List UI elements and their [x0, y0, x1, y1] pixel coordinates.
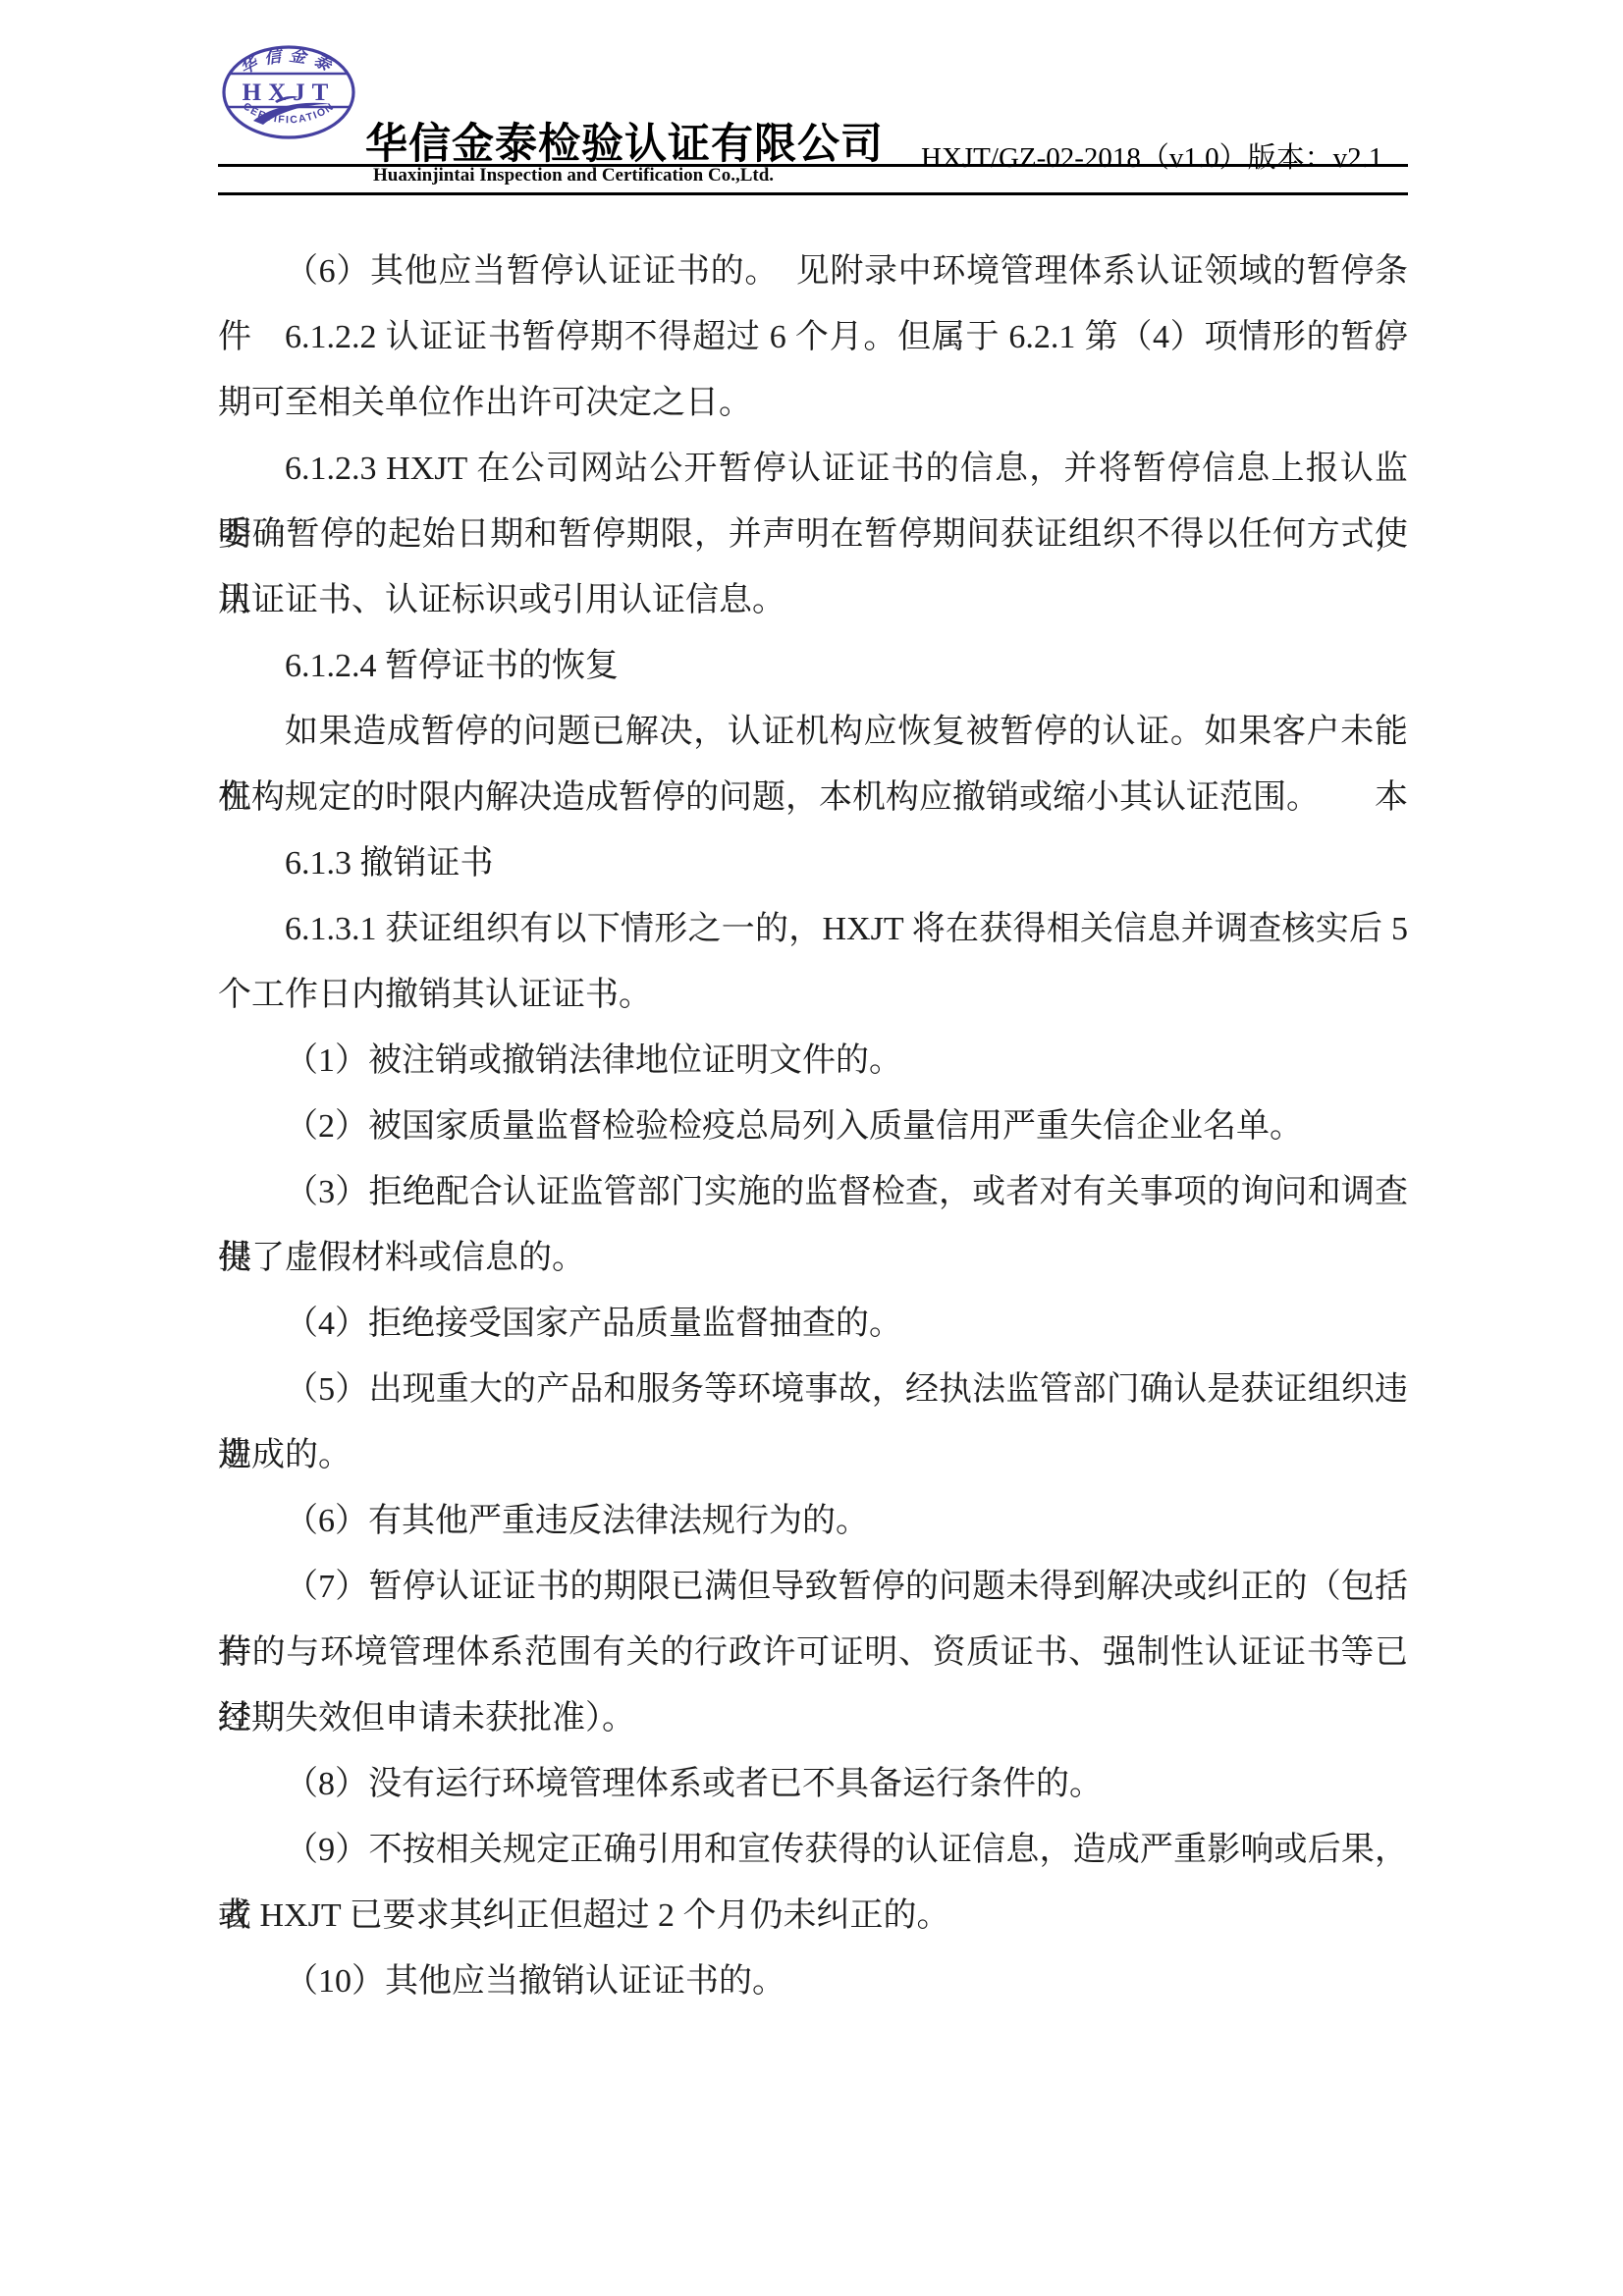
company-logo: 华信金泰 HXJT CERTIFICATION: [220, 43, 357, 141]
document-line: （6）有其他严重违反法律法规行为的。: [218, 1488, 1408, 1554]
company-name-cn: 华信金泰检验认证有限公司: [365, 111, 884, 171]
document-line: （6）其他应当暂停认证证书的。 见附录中环境管理体系认证领域的暂停条件。: [218, 239, 1408, 304]
document-line: 认证证书、认证标识或引用认证信息。: [218, 567, 1408, 633]
document-line: 期可至相关单位作出许可决定之日。: [218, 370, 1408, 436]
document-line: 过期失效但申请未获批准）。: [218, 1685, 1408, 1751]
document-line: 个工作日内撤销其认证证书。: [218, 962, 1408, 1028]
document-line: 明确暂停的起始日期和暂停期限，并声明在暂停期间获证组织不得以任何方式使用: [218, 502, 1408, 567]
document-line: （2）被国家质量监督检验检疫总局列入质量信用严重失信企业名单。: [218, 1094, 1408, 1159]
document-line: （1）被注销或撤销法律地位证明文件的。: [218, 1028, 1408, 1094]
doc-number: HXJT/GZ-02-2018（v1.0）版本：v2.1: [921, 135, 1382, 176]
document-line: 有的与环境管理体系范围有关的行政许可证明、资质证书、强制性认证证书等已经: [218, 1620, 1408, 1685]
document-line: 供了虚假材料或信息的。: [218, 1225, 1408, 1291]
document-line: （4）拒绝接受国家产品质量监督抽查的。: [218, 1291, 1408, 1357]
document-line: 6.1.2.3 HXJT 在公司网站公开暂停认证证书的信息，并将暂停信息上报认监…: [218, 436, 1408, 502]
header-rule-bottom: [218, 192, 1408, 195]
logo-hxjt-text: HXJT: [243, 80, 336, 106]
document-line: （10）其他应当撤销认证证书的。: [218, 1949, 1408, 2014]
document-line: 造成的。: [218, 1422, 1408, 1488]
document-line: （5）出现重大的产品和服务等环境事故，经执法监管部门确认是获证组织违规: [218, 1357, 1408, 1422]
document-line: 6.1.3 撤销证书: [218, 830, 1408, 896]
document-line: 者 HXJT 已要求其纠正但超过 2 个月仍未纠正的。: [218, 1883, 1408, 1949]
document-line: （8）没有运行环境管理体系或者已不具备运行条件的。: [218, 1751, 1408, 1817]
document-line: （7）暂停认证证书的期限已满但导致暂停的问题未得到解决或纠正的（包括持: [218, 1554, 1408, 1620]
document-line: （3）拒绝配合认证监管部门实施的监督检查，或者对有关事项的询问和调查提: [218, 1159, 1408, 1225]
company-name-en: Huaxinjintai Inspection and Certificatio…: [373, 165, 774, 187]
document-line: 机构规定的时限内解决造成暂停的问题，本机构应撤销或缩小其认证范围。: [218, 765, 1408, 830]
document-line: （9）不按相关规定正确引用和宣传获得的认证信息，造成严重影响或后果，或: [218, 1817, 1408, 1883]
document-line: 6.1.3.1 获证组织有以下情形之一的，HXJT 将在获得相关信息并调查核实后…: [218, 896, 1408, 962]
document-body: （6）其他应当暂停认证证书的。 见附录中环境管理体系认证领域的暂停条件。6.1.…: [218, 239, 1408, 2014]
document-line: 6.1.2.4 暂停证书的恢复: [218, 633, 1408, 699]
document-page: 华信金泰 HXJT CERTIFICATION 华信金泰检验认证有限公司 HXJ…: [0, 0, 1623, 2296]
document-line: 如果造成暂停的问题已解决，认证机构应恢复被暂停的认证。如果客户未能在本: [218, 699, 1408, 765]
document-line: 6.1.2.2 认证证书暂停期不得超过 6 个月。但属于 6.2.1 第（4）项…: [218, 304, 1408, 370]
